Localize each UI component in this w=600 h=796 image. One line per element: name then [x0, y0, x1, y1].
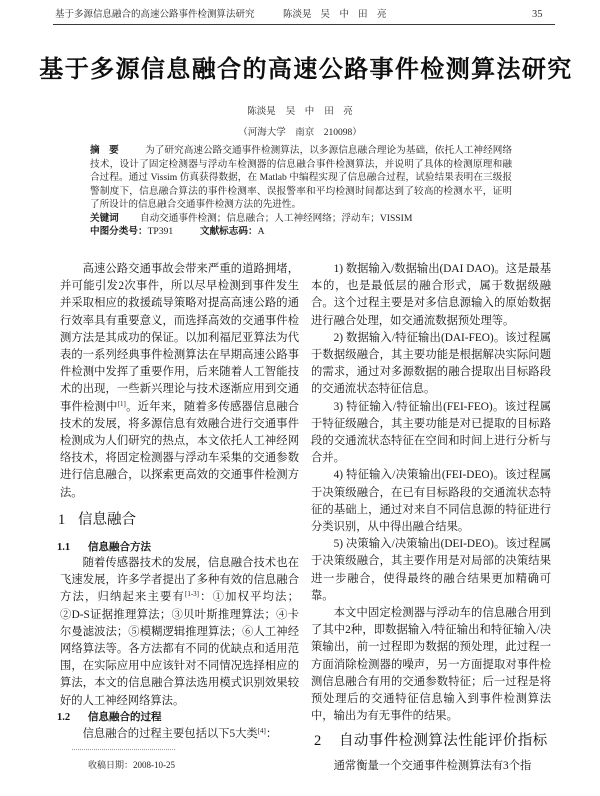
received-date: 2008-10-25	[133, 760, 175, 770]
paragraph-text: 信息融合的过程主要包括以下5大类	[83, 728, 258, 740]
subsection-heading-1-1: 1.1信息融合方法	[57, 540, 151, 555]
fusion-level-item: 5) 决策输入/决策输出(DEI-DEO)。该过程属于决策级融合，其主要作用是对…	[311, 536, 551, 605]
fusion-process-paragraph: 信息融合的过程主要包括以下5大类[4]：	[60, 726, 299, 743]
fusion-level-item: 2) 数据输入/特征输出(DAI-FEO)。该过程属于数据级融合，其主要功能是根…	[311, 330, 551, 399]
journal-page: 基于多源信息融合的高速公路事件检测算法研究 陈淡晃 吴 中 田 亮 35 基于多…	[0, 0, 600, 796]
citation: [1-3]	[185, 590, 199, 598]
author-list: 陈淡晃 吴 中 田 亮	[0, 105, 600, 119]
evaluation-section: 通常衡量一个交通事件检测算法有3个指	[311, 758, 551, 775]
keywords-text: 自动交通事件检测；信息融合；人工神经网络；浮动车；VISSIM	[140, 213, 412, 224]
fusion-level-item: 4) 特征输入/决策输出(FEI-DEO)。该过程属于决策级融合，在已有目标路段…	[311, 467, 551, 536]
footnote-rule	[72, 749, 175, 750]
subsection-title: 信息融合方法	[88, 541, 151, 553]
paragraph-text: 高速公路交通事故会带来严重的道路拥堵，并可能引发2次事件，所以尽早检测到事件发生…	[60, 263, 299, 413]
fusion-process-section: 信息融合的过程主要包括以下5大类[4]：	[60, 726, 299, 743]
article-title: 基于多源信息融合的高速公路事件检测算法研究	[6, 56, 600, 84]
paragraph-text: ：	[266, 728, 277, 740]
clc-code: 中图分类号：TP391	[90, 225, 200, 239]
running-authors: 陈淡晃 吴 中 田 亮	[283, 9, 387, 21]
fusion-level-item: 1) 数据输入/数据输出(DAI DAO)。这是最基本的，也是最低层的融合形式，…	[311, 261, 551, 330]
subsection-number: 1.1	[57, 541, 88, 555]
doc-code-value: A	[258, 226, 265, 237]
doc-code-label: 文献标志码：	[200, 226, 258, 237]
subsection-heading-1-2: 1.2信息融合的过程	[57, 710, 162, 725]
abstract: 摘 要为了研究高速公路交通事件检测算法，以多源信息融合理论为基础，依托人工神经网…	[90, 144, 512, 212]
fusion-level-item: 3) 特征输入/特征输出(FEI-FEO)。该过程属于特征级融合，其主要功能是对…	[311, 399, 551, 468]
author: 吴 中	[286, 105, 315, 119]
keywords-label: 关键词	[90, 212, 140, 226]
section-number: 1	[58, 511, 78, 529]
section-heading-2: 2自动事件检测算法性能评价指标	[314, 732, 548, 750]
citation: [4]	[258, 727, 266, 735]
intro-section: 高速公路交通事故会带来严重的道路拥堵，并可能引发2次事件，所以尽早检测到事件发生…	[60, 261, 299, 502]
fusion-summary-paragraph: 本文中固定检测器与浮动车的信息融合用到了其中2种，即数据输入/特征输出和特征输入…	[311, 605, 551, 725]
intro-paragraph: 高速公路交通事故会带来严重的道路拥堵，并可能引发2次事件，所以尽早检测到事件发生…	[60, 261, 299, 502]
page-number: 35	[532, 8, 543, 21]
abstract-block: 摘 要为了研究高速公路交通事件检测算法，以多源信息融合理论为基础，依托人工神经网…	[90, 144, 512, 239]
section-number: 2	[314, 732, 339, 750]
running-author: 田 亮	[358, 9, 387, 21]
classification: 中图分类号：TP391文献标志码：A	[90, 225, 512, 239]
keywords: 关键词自动交通事件检测；信息融合；人工神经网络；浮动车；VISSIM	[90, 212, 512, 226]
clc-value: TP391	[148, 226, 174, 237]
citation: [1]	[118, 400, 126, 408]
abstract-text: 为了研究高速公路交通事件检测算法，以多源信息融合理论为基础，依托人工神经网络技术…	[90, 145, 512, 210]
paragraph-text: ：①加权平均法；②D-S证据推理算法；③贝叶斯推理算法；④卡尔曼滤波法；⑤模糊逻…	[60, 591, 299, 706]
paragraph-text: 。近年来，随着多传感器信息融合技术的发展，将多源信息有效融合进行交通事件检测成为…	[60, 401, 299, 499]
author: 陈淡晃	[247, 105, 276, 119]
fusion-methods-paragraph: 随着传感器技术的发展，信息融合技术也在飞速发展，许多学者提出了多种有效的信息融合…	[60, 555, 299, 710]
running-author: 吴 中	[321, 9, 350, 21]
received-date-footnote: 收稿日期：2008-10-25	[88, 759, 175, 771]
running-title: 基于多源信息融合的高速公路事件检测算法研究	[55, 9, 255, 21]
evaluation-paragraph: 通常衡量一个交通事件检测算法有3个指	[311, 758, 551, 775]
author: 田 亮	[324, 105, 353, 119]
clc-label: 中图分类号：	[90, 226, 148, 237]
affiliation: （河海大学 南京 210098）	[0, 126, 600, 140]
section-heading-1: 1信息融合	[58, 511, 136, 529]
section-title: 信息融合	[78, 512, 136, 528]
fusion-levels-list: 1) 数据输入/数据输出(DAI DAO)。这是最基本的，也是最低层的融合形式，…	[311, 261, 551, 725]
fusion-methods-section: 随着传感器技术的发展，信息融合技术也在飞速发展，许多学者提出了多种有效的信息融合…	[60, 555, 299, 710]
header-rule	[53, 24, 555, 25]
subsection-number: 1.2	[57, 711, 88, 725]
running-author: 陈淡晃	[283, 9, 312, 21]
subsection-title: 信息融合的过程	[88, 711, 162, 723]
received-label: 收稿日期：	[88, 760, 133, 770]
section-title: 自动事件检测算法性能评价指标	[339, 733, 548, 749]
abstract-label: 摘 要	[90, 144, 145, 158]
